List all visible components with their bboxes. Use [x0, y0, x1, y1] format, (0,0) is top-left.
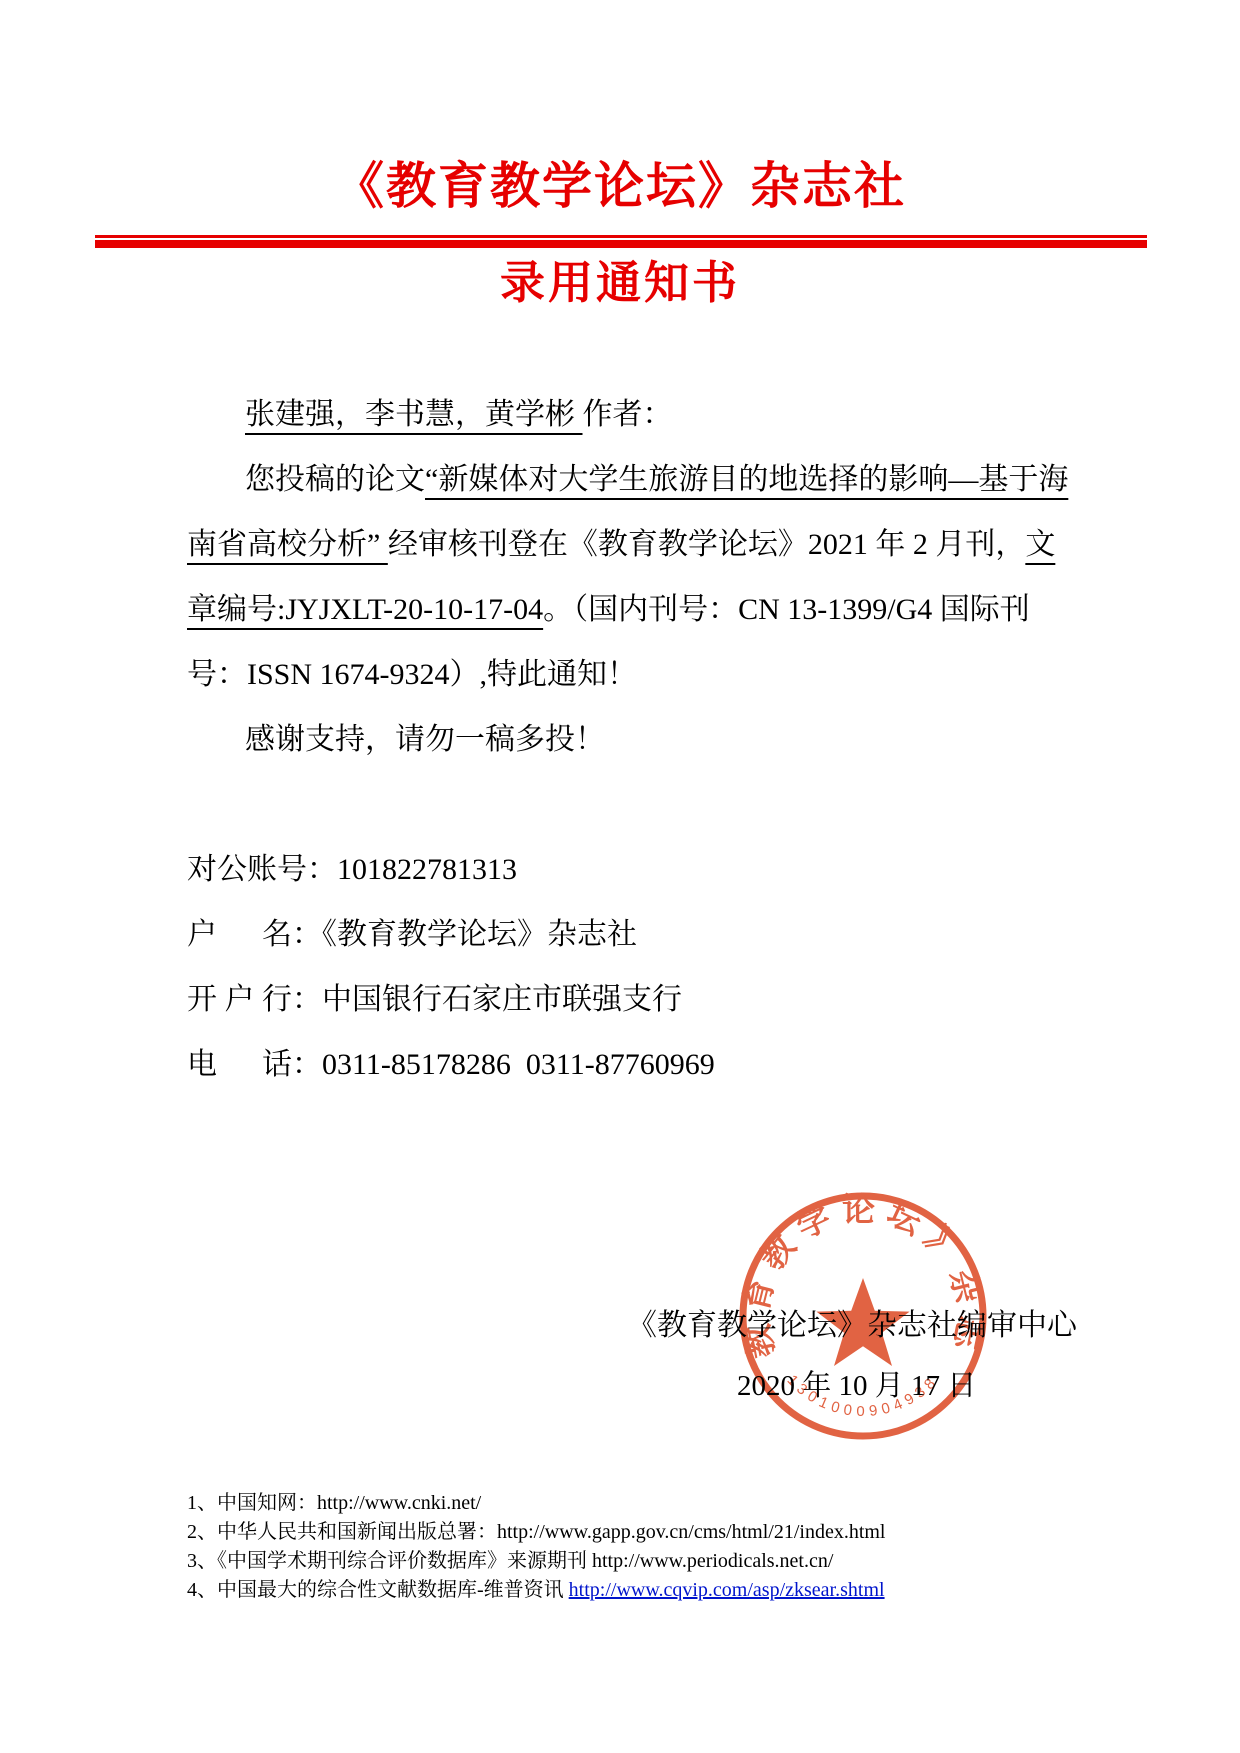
phone-text: 电 话：0311-85178286 0311-87760969: [187, 1039, 715, 1083]
phone-line: 电 话：0311-85178286 0311-87760969: [187, 1028, 1087, 1093]
account-holder-text: 户 名：《教育教学论坛》杂志社: [187, 909, 637, 953]
account-number-text: 对公账号：101822781313: [187, 844, 517, 888]
signature-org-line: 《教育教学论坛》杂志社编审中心: [627, 1300, 1077, 1344]
journal-number-text: 。（国内刊号：CN 13-1399/G4 国际刊: [543, 584, 1030, 628]
thanks-text: 感谢支持，请勿一稿多投！: [245, 714, 605, 758]
authors-label: 作者：: [583, 389, 673, 433]
authors-names: 张建强，李书慧，黄学彬: [245, 389, 583, 433]
footer-item-cqvip: 4、中国最大的综合性文献数据库-维普资讯 http://www.cqvip.co…: [187, 1576, 886, 1605]
blank-line: [187, 768, 1087, 833]
letter-body: 张建强，李书慧，黄学彬 作者： 您投稿的论文“新媒体对大学生旅游目的地选择的影响…: [187, 378, 1087, 1093]
authors-line: 张建强，李书慧，黄学彬 作者：: [187, 378, 1087, 443]
acceptance-text: 经审核刊登在《教育教学论坛》2021 年 2 月刊，: [388, 519, 1026, 563]
para-intro: 您投稿的论文: [245, 454, 425, 498]
footer-cqvip-link[interactable]: http://www.cqvip.com/asp/zksear.shtml: [569, 1579, 885, 1601]
signature-date: 2020 年 10 月 17 日: [737, 1363, 976, 1404]
paragraph-line-2: 南省高校分析” 经审核刊登在《教育教学论坛》2021 年 2 月刊，文: [187, 508, 1087, 573]
footer-item-gapp: 2、中华人民共和国新闻出版总署：http://www.gapp.gov.cn/c…: [187, 1518, 886, 1547]
footer-links: 1、中国知网：http://www.cnki.net/ 2、中华人民共和国新闻出…: [187, 1489, 886, 1605]
account-number-line: 对公账号：101822781313: [187, 833, 1087, 898]
paragraph-line-3: 章编号:JYJXLT-20-10-17-04。（国内刊号：CN 13-1399/…: [187, 573, 1087, 638]
bank-branch-line: 开 户 行：中国银行石家庄市联强支行: [187, 963, 1087, 1028]
paper-title-part-2: 南省高校分析”: [187, 519, 388, 563]
article-number: 章编号:JYJXLT-20-10-17-04: [187, 584, 543, 628]
issn-notice-text: 号：ISSN 1674-9324）,特此通知！: [187, 649, 637, 693]
footer-cqvip-label: 4、中国最大的综合性文献数据库-维普资讯: [187, 1579, 569, 1601]
footer-item-periodicals: 3、《中国学术期刊综合评价数据库》来源期刊 http://www.periodi…: [187, 1547, 886, 1576]
paragraph-line-4: 号：ISSN 1674-9324）,特此通知！: [187, 638, 1087, 703]
article-number-prefix: 文: [1025, 519, 1055, 563]
paper-title-part-1: “新媒体对大学生旅游目的地选择的影响—基于海: [425, 454, 1068, 498]
account-holder-line: 户 名：《教育教学论坛》杂志社: [187, 898, 1087, 963]
document-title: 录用通知书: [0, 246, 1240, 311]
acceptance-letter-page: 《教育教学论坛》杂志社 录用通知书 张建强，李书慧，黄学彬 作者： 您投稿的论文…: [0, 0, 1240, 1753]
bank-branch-text: 开 户 行：中国银行石家庄市联强支行: [187, 974, 682, 1018]
thanks-line: 感谢支持，请勿一稿多投！: [187, 703, 1087, 768]
footer-item-cnki: 1、中国知网：http://www.cnki.net/: [187, 1489, 886, 1518]
paragraph-line-1: 您投稿的论文“新媒体对大学生旅游目的地选择的影响—基于海: [187, 443, 1087, 508]
magazine-name-title: 《教育教学论坛》杂志社: [0, 146, 1240, 218]
